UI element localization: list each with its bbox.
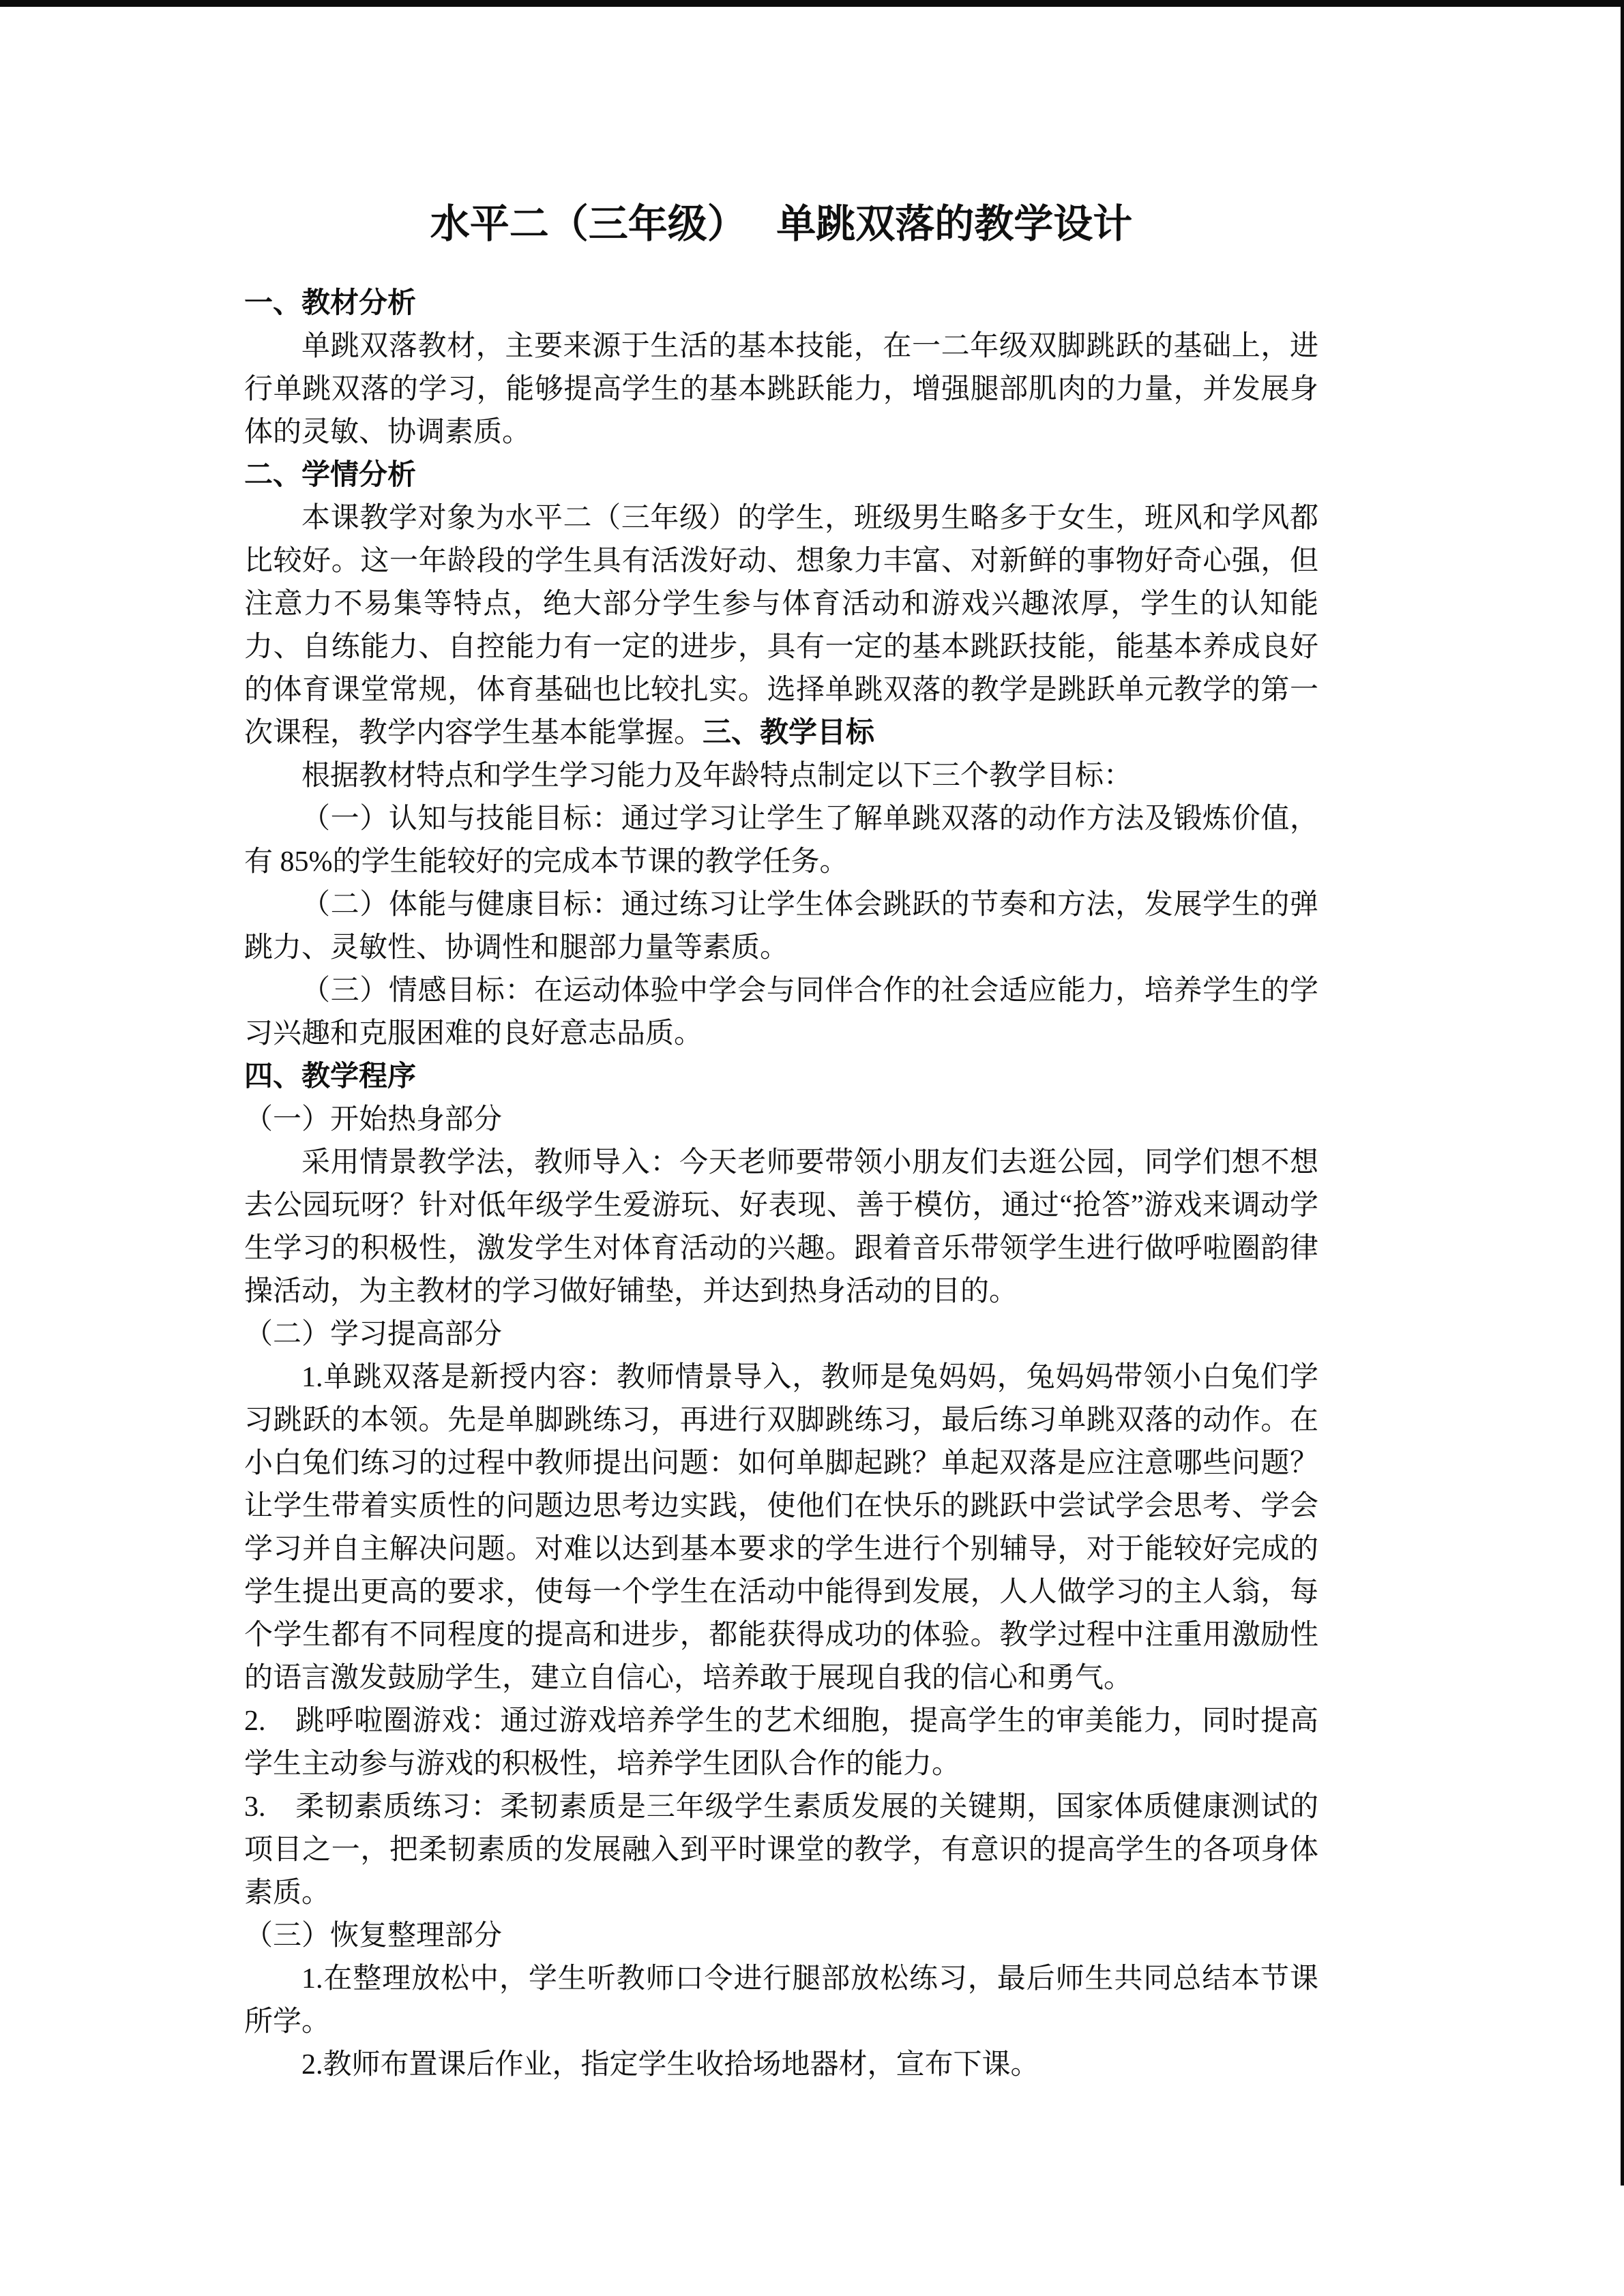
heading-teaching-procedure: 四、教学程序 [244,1056,1318,1099]
para-material-analysis: 单跳双落教材，主要来源于生活的基本技能，在一二年级双脚跳跃的基础上，进行单跳双落… [244,325,1318,454]
para-learner-analysis-text: 本课教学对象为水平二（三年级）的学生，班级男生略多于女生，班风和学风都比较好。这… [244,503,1318,749]
scan-right-edge [1621,0,1624,2186]
para-goal-cognitive-skill: （一）认知与技能目标：通过学习让学生了解单跳双落的动作方法及锻炼价值，有 85%… [244,798,1318,884]
para-learning-item-2: 2. 跳呼啦圈游戏：通过游戏培养学生的艺术细胞，提高学生的审美能力，同时提高学生… [244,1700,1318,1786]
subheading-warmup-part: （一）开始热身部分 [244,1099,1318,1142]
para-recovery-item-1: 1.在整理放松中，学生听教师口令进行腿部放松练习，最后师生共同总结本节课所学。 [244,1958,1318,2044]
heading-learner-analysis: 二、学情分析 [244,454,1318,497]
document-content: 水平二（三年级） 单跳双落的教学设计 一、教材分析 单跳双落教材，主要来源于生活… [244,0,1318,2087]
heading-material-analysis: 一、教材分析 [244,282,1318,325]
para-goals-intro: 根据教材特点和学生学习能力及年龄特点制定以下三个教学目标： [244,755,1318,798]
page-title: 水平二（三年级） 单跳双落的教学设计 [244,196,1318,252]
inline-heading-teaching-goals: 三、教学目标 [703,717,874,749]
subheading-recovery-part: （三）恢复整理部分 [244,1915,1318,1958]
para-goal-fitness-health: （二）体能与健康目标：通过练习让学生体会跳跃的节奏和方法，发展学生的弹跳力、灵敏… [244,884,1318,970]
para-learning-item-3: 3. 柔韧素质练习：柔韧素质是三年级学生素质发展的关键期，国家体质健康测试的项目… [244,1786,1318,1915]
para-learning-item-1: 1.单跳双落是新授内容：教师情景导入，教师是兔妈妈，兔妈妈带领小白兔们学习跳跃的… [244,1356,1318,1700]
para-learner-analysis: 本课教学对象为水平二（三年级）的学生，班级男生略多于女生，班风和学风都比较好。这… [244,497,1318,755]
para-goal-emotional: （三）情感目标：在运动体验中学会与同伴合作的社会适应能力，培养学生的学习兴趣和克… [244,970,1318,1056]
document-page: 水平二（三年级） 单跳双落的教学设计 一、教材分析 单跳双落教材，主要来源于生活… [0,0,1624,2296]
subheading-learning-part: （二）学习提高部分 [244,1313,1318,1356]
para-recovery-item-2: 2.教师布置课后作业，指定学生收拾场地器材，宣布下课。 [244,2044,1318,2087]
para-warmup-body: 采用情景教学法，教师导入：今天老师要带领小朋友们去逛公园，同学们想不想去公园玩呀… [244,1142,1318,1313]
